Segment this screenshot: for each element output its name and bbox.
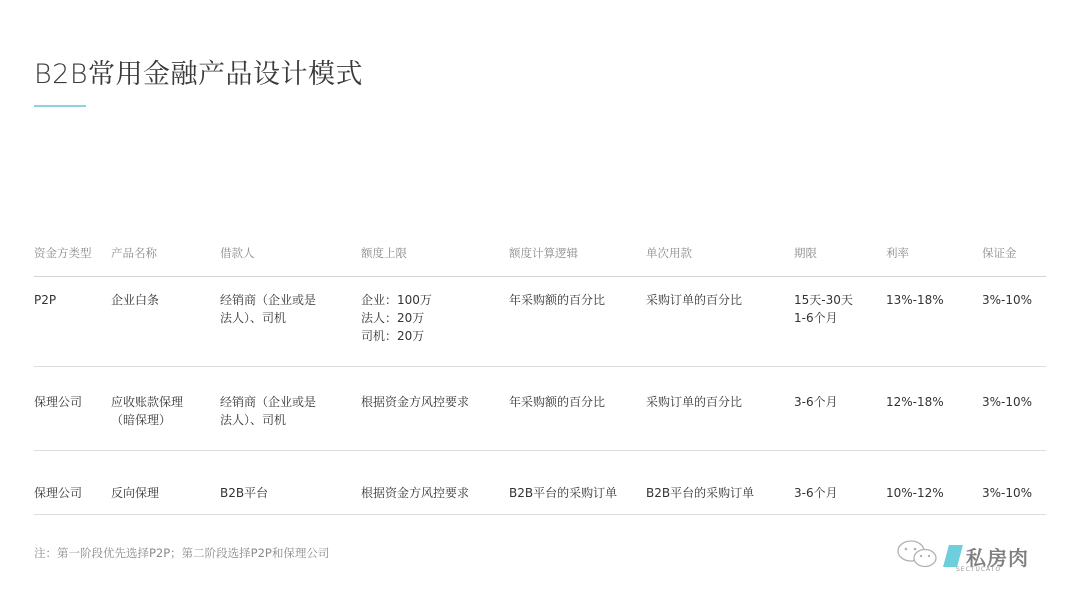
cell-funder-type: 保理公司 <box>34 484 82 502</box>
cell-deposit: 3%-10% <box>982 393 1032 411</box>
cell-interest-rate: 12%-18% <box>886 393 944 411</box>
cell-term: 3-6个月 <box>794 393 838 411</box>
cell-funder-type: 保理公司 <box>34 393 82 411</box>
title-underline-divider <box>34 105 86 107</box>
cell-borrower: 经销商（企业或是 法人）、司机 <box>220 393 316 429</box>
header-product-name: 产品名称 <box>111 244 157 262</box>
table-row: 保理公司 应收账款保理 （暗保理） 经销商（企业或是 法人）、司机 根据资金方风… <box>34 367 1046 451</box>
header-funder-type: 资金方类型 <box>34 244 92 262</box>
cell-credit-limit: 根据资金方风控要求 <box>361 393 469 411</box>
wechat-icon <box>896 538 940 574</box>
cell-single-draw: 采购订单的百分比 <box>646 291 742 309</box>
cell-credit-limit: 根据资金方风控要求 <box>361 484 469 502</box>
cell-limit-logic: 年采购额的百分比 <box>509 393 605 411</box>
cell-product-name: 应收账款保理 （暗保理） <box>111 393 183 429</box>
cell-single-draw: B2B平台的采购订单 <box>646 484 754 502</box>
cell-term: 15天-30天 1-6个月 <box>794 291 853 327</box>
cell-interest-rate: 10%-12% <box>886 484 944 502</box>
header-borrower: 借款人 <box>220 244 255 262</box>
header-term: 期限 <box>794 244 817 262</box>
table-row: P2P 企业白条 经销商（企业或是 法人）、司机 企业：100万 法人：20万 … <box>34 277 1046 367</box>
header-limit-logic: 额度计算逻辑 <box>509 244 578 262</box>
page-title: B2B常用金融产品设计模式 <box>34 52 363 91</box>
cell-single-draw: 采购订单的百分比 <box>646 393 742 411</box>
table-header-row: 资金方类型 产品名称 借款人 额度上限 额度计算逻辑 单次用款 期限 利率 保证… <box>34 240 1046 277</box>
cell-borrower: 经销商（企业或是 法人）、司机 <box>220 291 316 327</box>
cell-limit-logic: B2B平台的采购订单 <box>509 484 617 502</box>
footnote: 注：第一阶段优先选择P2P；第二阶段选择P2P和保理公司 <box>34 545 329 561</box>
cell-deposit: 3%-10% <box>982 291 1032 309</box>
cell-funder-type: P2P <box>34 291 56 309</box>
table-row: 保理公司 反向保理 B2B平台 根据资金方风控要求 B2B平台的采购订单 B2B… <box>34 451 1046 515</box>
header-credit-limit: 额度上限 <box>361 244 407 262</box>
cell-credit-limit: 企业：100万 法人：20万 司机：20万 <box>361 291 432 345</box>
cell-product-name: 反向保理 <box>111 484 159 502</box>
header-deposit: 保证金 <box>982 244 1017 262</box>
product-table: 资金方类型 产品名称 借款人 额度上限 额度计算逻辑 单次用款 期限 利率 保证… <box>34 240 1046 515</box>
cell-borrower: B2B平台 <box>220 484 268 502</box>
brand-mark-icon <box>943 545 963 567</box>
cell-interest-rate: 13%-18% <box>886 291 944 309</box>
header-single-draw: 单次用款 <box>646 244 692 262</box>
watermark: 私房肉 SECTUCATO <box>896 538 1029 574</box>
cell-term: 3-6个月 <box>794 484 838 502</box>
cell-limit-logic: 年采购额的百分比 <box>509 291 605 309</box>
cell-product-name: 企业白条 <box>111 291 159 309</box>
header-interest-rate: 利率 <box>886 244 909 262</box>
cell-deposit: 3%-10% <box>982 484 1032 502</box>
watermark-subtext: SECTUCATO <box>956 566 1001 573</box>
